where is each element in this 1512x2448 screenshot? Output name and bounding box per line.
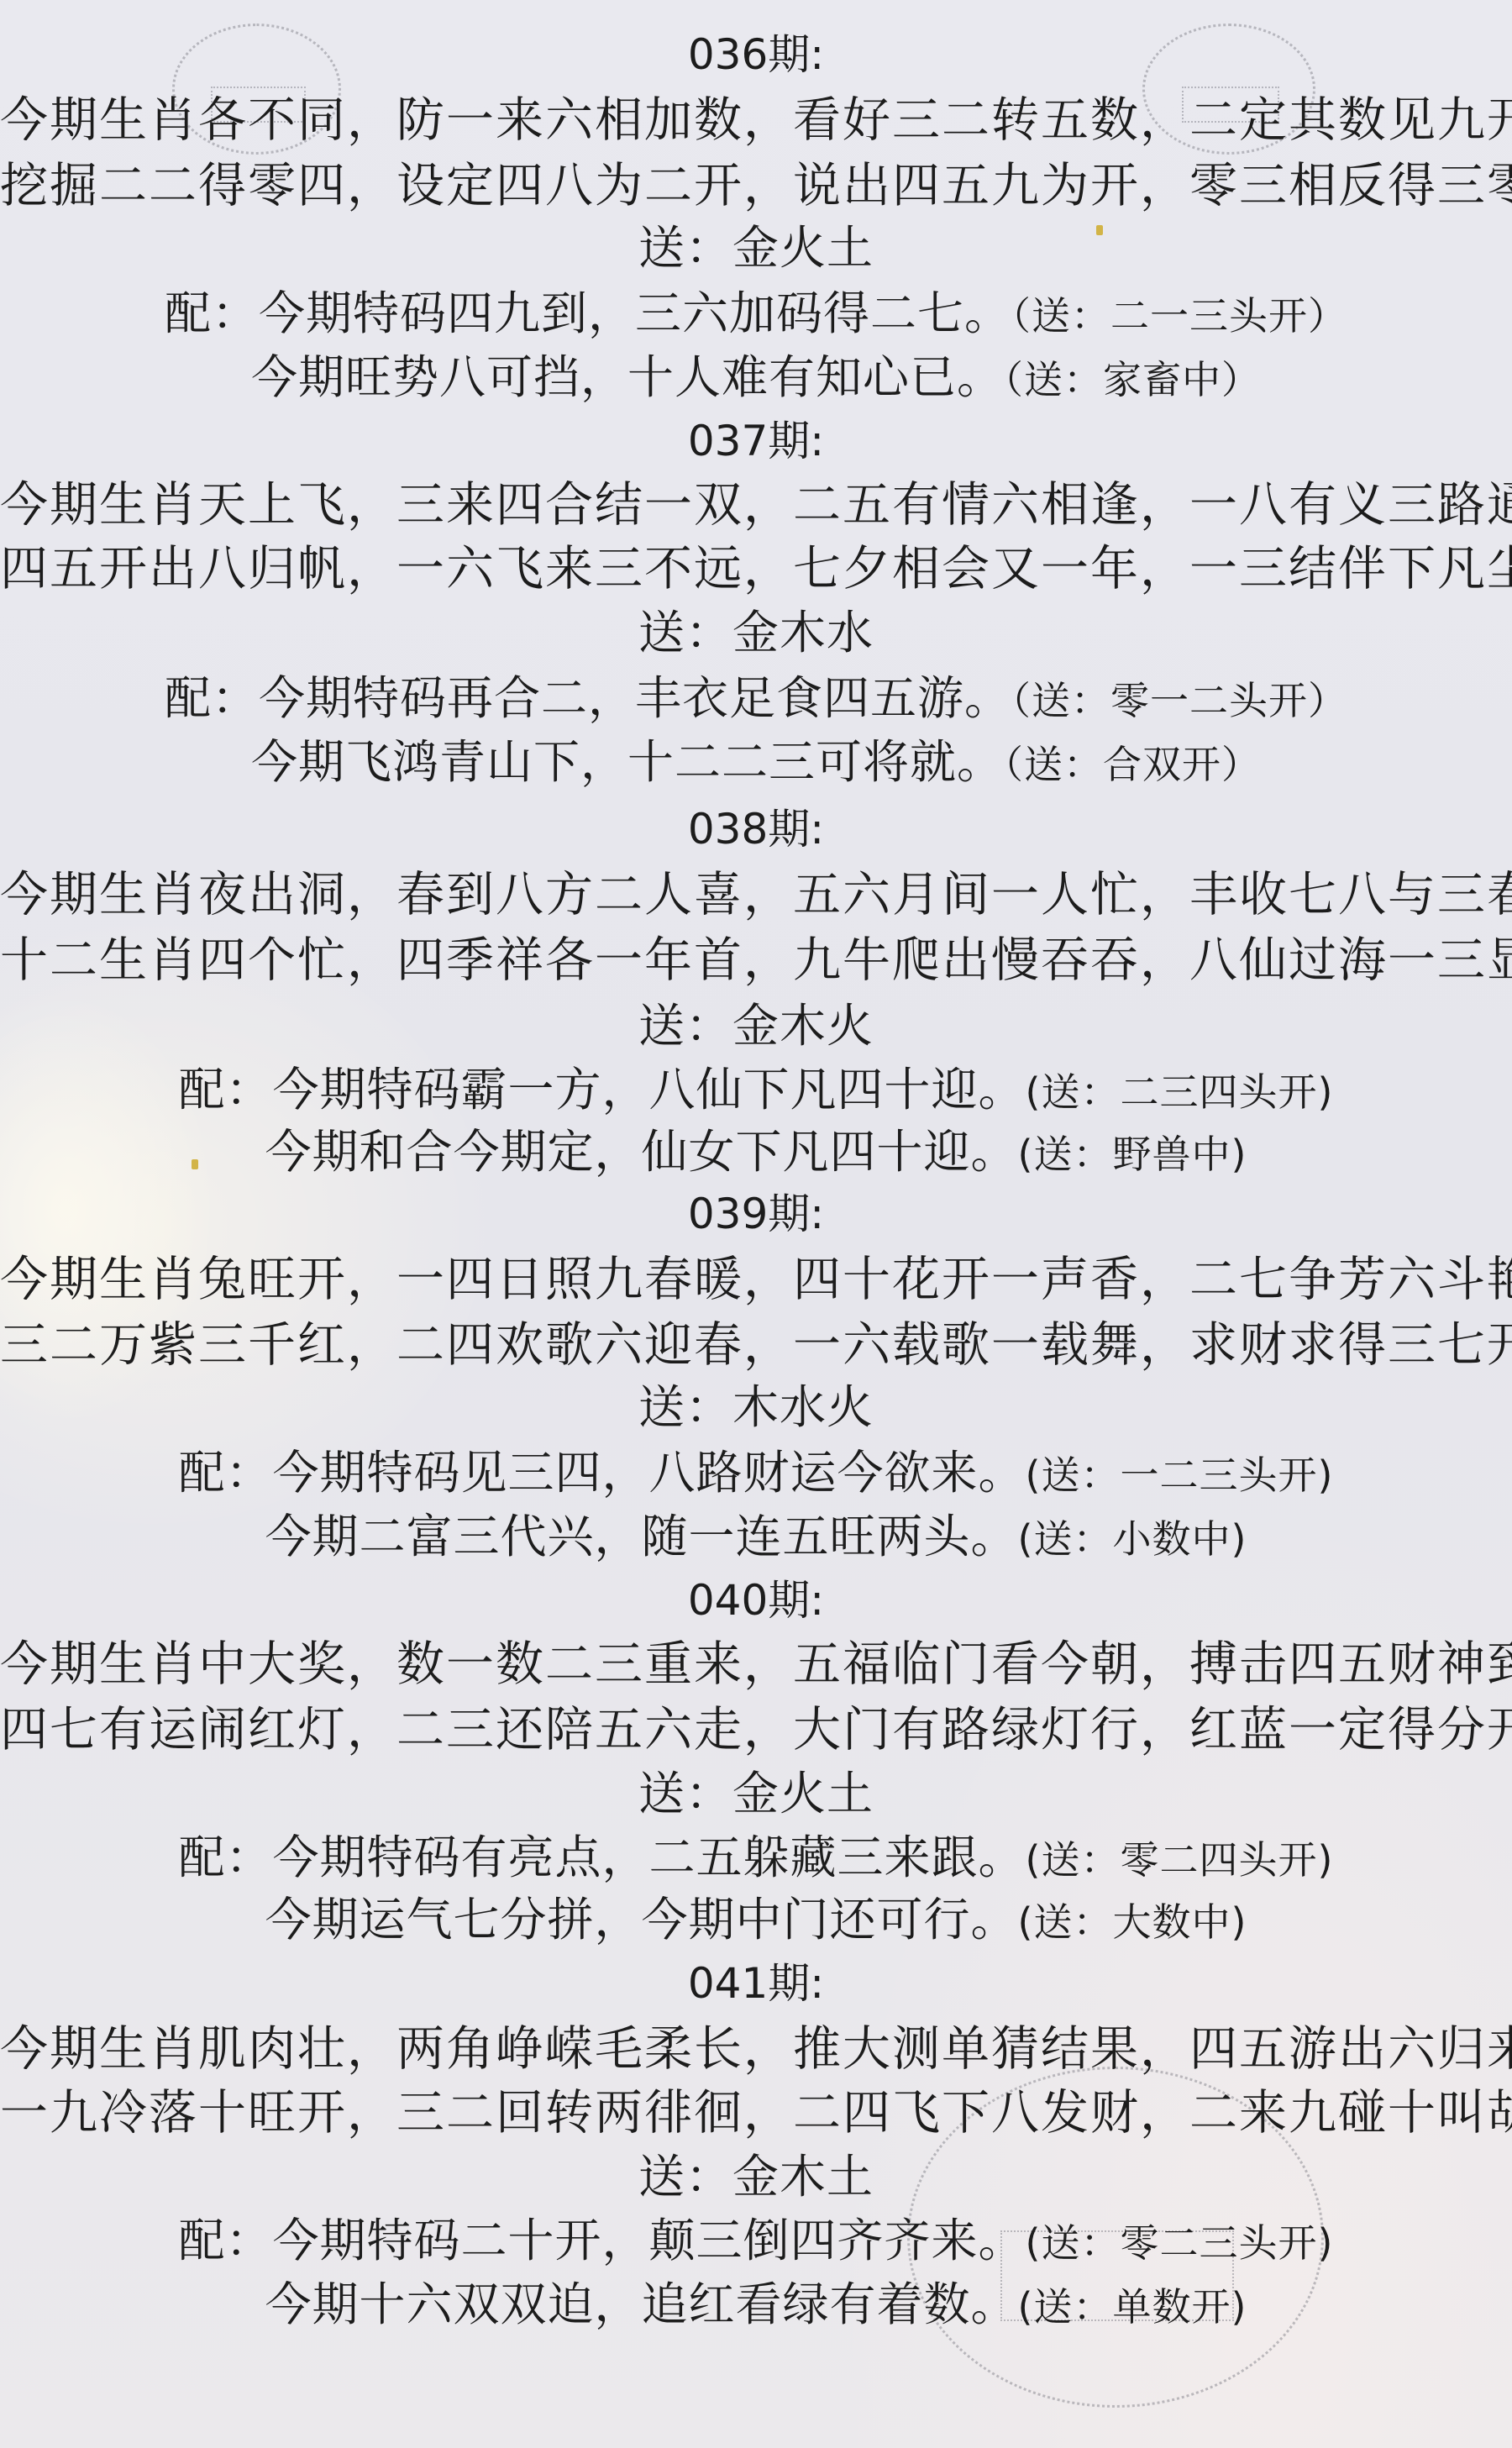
pair-line: 今期十六双双迫，追红看绿有着数。(送：单数开) [0,2275,1512,2336]
pair-line: 配：今期特码四九到，三六加码得二七。（送：二一三头开） [0,284,1512,345]
pair-line: 配：今期特码有亮点，二五躲藏三来跟。(送：零二四头开) [0,1828,1512,1889]
pair-note: (送：小数中) [1018,1516,1247,1562]
poem-line: 今期生肖兔旺开，一四日照九春暖，四十花开一声香，二七争芳六斗艳。 [0,1250,1512,1309]
pair-line: 配：今期特码再合二，丰衣足食四五游。（送：零一二头开） [0,669,1512,730]
poem-line: 挖掘二二得零四，设定四八为二开，说出四五九为开，零三相反得三零。 [0,156,1512,215]
poem-line: 今期生肖肌肉壮，两角峥嵘毛柔长，推大测单猜结果，四五游出六归来。 [0,2020,1512,2078]
pair-note: (送：零二四头开) [1026,1837,1334,1883]
poem-line: 一九冷落十旺开，三二回转两徘徊，二四飞下八发财，二来九碰十叫胡。 [0,2083,1512,2142]
pair-note: （送：合双开） [1004,742,1261,787]
pair-note: (送：大数中) [1018,1899,1247,1945]
pair-line: 今期和合今期定，仙女下凡四十迎。(送：野兽中) [0,1122,1512,1184]
pair-text: 配：今期特码有亮点，二五躲藏三来跟。 [179,1831,1026,1884]
pair-text: 配：今期特码再合二，丰衣足食四五游。 [165,671,1011,725]
send-line: 送：木水火 [0,1378,1512,1437]
pair-text: 今期飞鸿青山下，十二二三可将就。 [251,735,1004,789]
pair-text: 配：今期特码见三四，八路财运今欲来。 [179,1446,1026,1500]
pair-line: 今期二富三代兴，随一连五旺两头。(送：小数中) [0,1507,1512,1568]
period-header: 037期: [0,412,1512,470]
period-header: 039期: [0,1185,1512,1243]
pair-text: 今期十六双双迫，追红看绿有着数。 [265,2277,1018,2331]
poem-line: 四七有运闹红灯，二三还陪五六走，大门有路绿灯行，红蓝一定得分开。 [0,1700,1512,1759]
pair-text: 今期旺势八可挡，十人难有知心已。 [251,350,1004,404]
pair-note: (送：一二三头开) [1026,1453,1334,1498]
pair-text: 配：今期特码霸一方，八仙下凡四十迎。 [179,1063,1026,1116]
pair-note: （送：二一三头开） [1011,293,1347,339]
poem-line: 今期生肖中大奖，数一数二三重来，五福临门看今朝，搏击四五财神到。 [0,1635,1512,1694]
pair-note: （送：家畜中） [1004,357,1261,402]
pair-line: 配：今期特码二十开，颠三倒四齐齐来。(送：零二三头开) [0,2211,1512,2272]
pair-line: 配：今期特码见三四，八路财运今欲来。(送：一二三头开) [0,1443,1512,1505]
poem-line: 今期生肖各不同，防一来六相加数，看好三二转五数，二定其数见九开。 [0,91,1512,150]
pair-note: (送：单数开) [1018,2284,1247,2330]
send-line: 送：金木火 [0,996,1512,1055]
poem-line: 今期生肖夜出洞，春到八方二人喜，五六月间一人忙，丰收七八与三春。 [0,865,1512,924]
pair-text: 今期运气七分拼，今期中门还可行。 [265,1893,1018,1946]
pair-text: 今期二富三代兴，随一连五旺两头。 [265,1510,1018,1563]
send-line: 送：金木水 [0,603,1512,662]
pair-text: 配：今期特码四九到，三六加码得二七。 [165,286,1011,340]
period-header: 038期: [0,800,1512,859]
pair-note: (送：零二三头开) [1026,2220,1334,2266]
send-line: 送：金火土 [0,218,1512,277]
poem-line: 今期生肖天上飞，三来四合结一双，二五有情六相逢，一八有义三路通。 [0,475,1512,534]
poem-line: 十二生肖四个忙，四季祥各一年首，九牛爬出慢吞吞，八仙过海一三显。 [0,931,1512,990]
pair-line: 今期运气七分拼，今期中门还可行。(送：大数中) [0,1890,1512,1952]
poem-line: 四五开出八归帆，一六飞来三不远，七夕相会又一年，一三结伴下凡尘。 [0,539,1512,598]
period-header: 040期: [0,1571,1512,1630]
pair-note: （送：零一二头开） [1011,678,1347,723]
send-line: 送：金火土 [0,1764,1512,1823]
period-header: 041期: [0,1954,1512,2013]
pair-line: 配：今期特码霸一方，八仙下凡四十迎。(送：二三四头开) [0,1060,1512,1122]
pair-text: 配：今期特码二十开，颠三倒四齐齐来。 [179,2214,1026,2267]
pair-text: 今期和合今期定，仙女下凡四十迎。 [265,1125,1018,1179]
scanned-page: 036期: 今期生肖各不同，防一来六相加数，看好三二转五数，二定其数见九开。 挖… [0,0,1512,2448]
pair-note: (送：野兽中) [1018,1132,1247,1177]
period-header: 036期: [0,25,1512,84]
pair-note: (送：二三四头开) [1026,1069,1334,1115]
pair-line: 今期飞鸿青山下，十二二三可将就。（送：合双开） [0,733,1512,794]
pair-line: 今期旺势八可挡，十人难有知心已。（送：家畜中） [0,348,1512,409]
poem-line: 三二万紫三千红，二四欢歌六迎春，一六载歌一载舞，求财求得三七开。 [0,1316,1512,1374]
send-line: 送：金木土 [0,2147,1512,2206]
